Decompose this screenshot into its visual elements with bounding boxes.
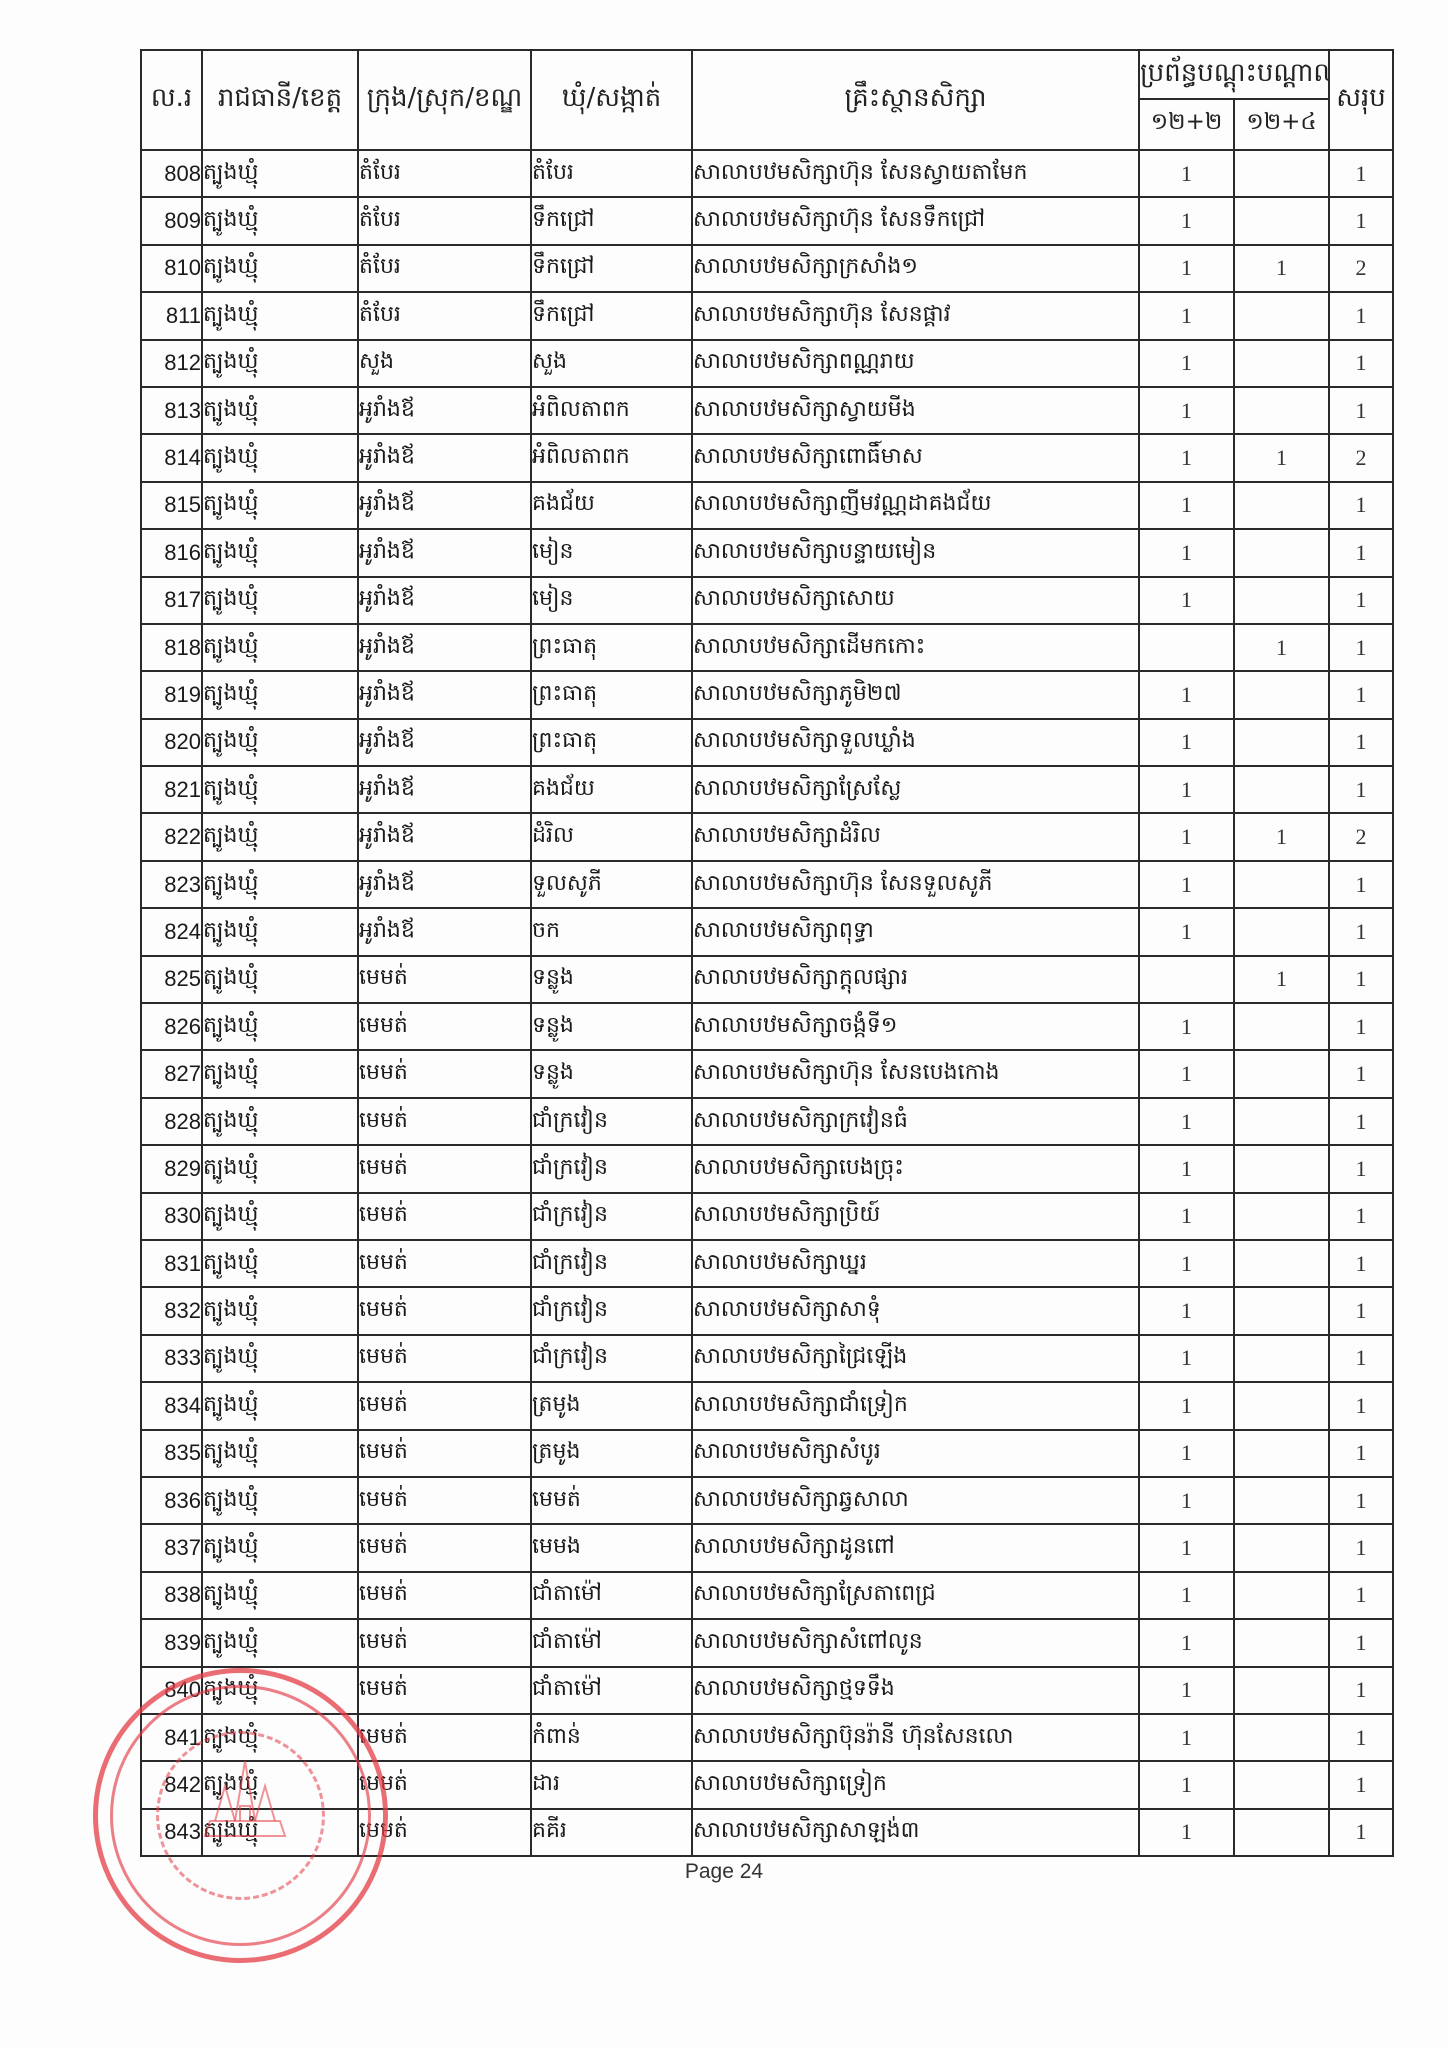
- table-row: 820 ត្បូងឃ្មុំ អូរាំងឪ ព្រះធាតុ សាលាបឋមស…: [141, 719, 1393, 766]
- table-row: 843 ត្បូងឃ្មុំ មេមត់ គគីរ សាលាបឋមសិក្សាស…: [141, 1809, 1393, 1856]
- province-cell: ត្បូងឃ្មុំ: [202, 1761, 358, 1808]
- table-row: 825 ត្បូងឃ្មុំ មេមត់ ទន្លូង សាលាបឋមសិក្ស…: [141, 956, 1393, 1003]
- school-name-cell: សាលាបឋមសិក្សាសាទុំ: [692, 1287, 1139, 1334]
- system-12-2-cell: 1: [1139, 1382, 1234, 1429]
- school-name-cell: សាលាបឋមសិក្សាចង្កំទី១: [692, 1003, 1139, 1050]
- school-name-cell: សាលាបឋមសិក្សាសំពៅលូន: [692, 1619, 1139, 1666]
- province-cell: ត្បូងឃ្មុំ: [202, 766, 358, 813]
- system-12-4-cell: 1: [1234, 813, 1329, 860]
- system-12-2-cell: 1: [1139, 1619, 1234, 1666]
- system-12-4-cell: [1234, 1240, 1329, 1287]
- school-name-cell: សាលាបឋមសិក្សាជាំទ្រៀក: [692, 1382, 1139, 1429]
- commune-cell: ជាំតាម៉ៅ: [531, 1572, 692, 1619]
- commune-cell: មៀន: [531, 529, 692, 576]
- total-cell: 1: [1329, 1145, 1393, 1192]
- system-12-2-cell: 1: [1139, 292, 1234, 339]
- commune-cell: ទួលសូភី: [531, 861, 692, 908]
- system-12-2-cell: 1: [1139, 1572, 1234, 1619]
- district-cell: មេមត់: [358, 1430, 531, 1477]
- district-cell: មេមត់: [358, 1003, 531, 1050]
- system-12-4-cell: [1234, 340, 1329, 387]
- district-cell: មេមត់: [358, 1050, 531, 1097]
- total-cell: 1: [1329, 624, 1393, 671]
- school-name-cell: សាលាបឋមសិក្សាពណ្ណរាយ: [692, 340, 1139, 387]
- district-cell: អូរាំងឪ: [358, 766, 531, 813]
- system-12-2-cell: 1: [1139, 671, 1234, 718]
- total-cell: 1: [1329, 766, 1393, 813]
- district-cell: មេមត់: [358, 1524, 531, 1571]
- system-12-2-cell: 1: [1139, 1003, 1234, 1050]
- system-12-4-cell: 1: [1234, 956, 1329, 1003]
- total-cell: 1: [1329, 340, 1393, 387]
- province-cell: ត្បូងឃ្មុំ: [202, 1667, 358, 1714]
- system-12-2-cell: 1: [1139, 1240, 1234, 1287]
- table-row: 816 ត្បូងឃ្មុំ អូរាំងឪ មៀន សាលាបឋមសិក្សា…: [141, 529, 1393, 576]
- row-number: 819: [141, 671, 202, 718]
- table-row: 839 ត្បូងឃ្មុំ មេមត់ ជាំតាម៉ៅ សាលាបឋមសិក…: [141, 1619, 1393, 1666]
- system-12-4-cell: [1234, 1335, 1329, 1382]
- system-12-2-cell: 1: [1139, 766, 1234, 813]
- table-row: 808 ត្បូងឃ្មុំ តំបែរ តំបែរ សាលាបឋមសិក្សា…: [141, 150, 1393, 197]
- system-12-4-cell: [1234, 529, 1329, 576]
- row-number: 824: [141, 908, 202, 955]
- province-cell: ត្បូងឃ្មុំ: [202, 1193, 358, 1240]
- table-row: 831 ត្បូងឃ្មុំ មេមត់ ជាំក្រវៀន សាលាបឋមសិ…: [141, 1240, 1393, 1287]
- table-row: 821 ត្បូងឃ្មុំ អូរាំងឪ គងជ័យ សាលាបឋមសិក្…: [141, 766, 1393, 813]
- system-12-2-cell: 1: [1139, 908, 1234, 955]
- total-cell: 2: [1329, 813, 1393, 860]
- district-cell: អូរាំងឪ: [358, 434, 531, 481]
- commune-cell: ព្រះធាតុ: [531, 719, 692, 766]
- system-12-2-cell: 1: [1139, 245, 1234, 292]
- school-name-cell: សាលាបឋមសិក្សាហ៊ុន សែនបេងកោង: [692, 1050, 1139, 1097]
- system-12-4-cell: 1: [1234, 434, 1329, 481]
- school-name-cell: សាលាបឋមសិក្សាហ៊ុន សែនស្វាយតាមែក: [692, 150, 1139, 197]
- system-12-4-cell: [1234, 1382, 1329, 1429]
- school-name-cell: សាលាបឋមសិក្សាបន្ទាយមៀន: [692, 529, 1139, 576]
- district-cell: មេមត់: [358, 1240, 531, 1287]
- table-row: 819 ត្បូងឃ្មុំ អូរាំងឪ ព្រះធាតុ សាលាបឋមស…: [141, 671, 1393, 718]
- school-name-cell: សាលាបឋមសិក្សាស្វាយមីង: [692, 387, 1139, 434]
- commune-cell: ទន្លូង: [531, 1003, 692, 1050]
- system-12-2-cell: 1: [1139, 1098, 1234, 1145]
- total-cell: 1: [1329, 1667, 1393, 1714]
- system-12-2-cell: 1: [1139, 434, 1234, 481]
- province-cell: ត្បូងឃ្មុំ: [202, 861, 358, 908]
- system-12-2-cell: 1: [1139, 1335, 1234, 1382]
- province-cell: ត្បូងឃ្មុំ: [202, 1003, 358, 1050]
- district-cell: មេមត់: [358, 1619, 531, 1666]
- school-name-cell: សាលាបឋមសិក្សាភូមិ២៧: [692, 671, 1139, 718]
- row-number: 838: [141, 1572, 202, 1619]
- commune-cell: ទន្លូង: [531, 956, 692, 1003]
- school-name-cell: សាលាបឋមសិក្សាក្រវៀនធំ: [692, 1098, 1139, 1145]
- system-12-4-cell: [1234, 1572, 1329, 1619]
- province-cell: ត្បូងឃ្មុំ: [202, 719, 358, 766]
- district-cell: មេមត់: [358, 1761, 531, 1808]
- total-cell: 1: [1329, 1050, 1393, 1097]
- system-12-2-cell: 1: [1139, 1145, 1234, 1192]
- district-cell: មេមត់: [358, 1335, 531, 1382]
- table-row: 811 ត្បូងឃ្មុំ តំបែរ ទឹកជ្រៅ សាលាបឋមសិក្…: [141, 292, 1393, 339]
- province-cell: ត្បូងឃ្មុំ: [202, 671, 358, 718]
- school-name-cell: សាលាបឋមសិក្សាទួលឃ្លាំង: [692, 719, 1139, 766]
- table-row: 815 ត្បូងឃ្មុំ អូរាំងឪ គងជ័យ សាលាបឋមសិក្…: [141, 482, 1393, 529]
- district-cell: អូរាំងឪ: [358, 813, 531, 860]
- table-row: 840 ត្បូងឃ្មុំ មេមត់ ជាំតាម៉ៅ សាលាបឋមសិក…: [141, 1667, 1393, 1714]
- row-number: 829: [141, 1145, 202, 1192]
- system-12-4-cell: [1234, 1430, 1329, 1477]
- commune-cell: អំពិលតាពក: [531, 387, 692, 434]
- district-cell: តំបែរ: [358, 150, 531, 197]
- system-12-4-cell: [1234, 1761, 1329, 1808]
- school-name-cell: សាលាបឋមសិក្សាទ្រៀក: [692, 1761, 1139, 1808]
- commune-cell: មេមត់: [531, 1477, 692, 1524]
- row-number: 812: [141, 340, 202, 387]
- total-cell: 1: [1329, 529, 1393, 576]
- total-cell: 1: [1329, 1003, 1393, 1050]
- district-cell: មេមត់: [358, 1572, 531, 1619]
- commune-cell: គគីរ: [531, 1809, 692, 1856]
- province-cell: ត្បូងឃ្មុំ: [202, 387, 358, 434]
- header-no: ល.រ: [141, 50, 202, 150]
- system-12-4-cell: [1234, 482, 1329, 529]
- commune-cell: គងជ័យ: [531, 482, 692, 529]
- school-name-cell: សាលាបឋមសិក្សាឃ្នរ: [692, 1240, 1139, 1287]
- district-cell: អូរាំងឪ: [358, 908, 531, 955]
- total-cell: 1: [1329, 1619, 1393, 1666]
- district-cell: អូរាំងឪ: [358, 387, 531, 434]
- commune-cell: ទន្លូង: [531, 1050, 692, 1097]
- school-name-cell: សាលាបឋមសិក្សាឆ្វសាលា: [692, 1477, 1139, 1524]
- commune-cell: ព្រះធាតុ: [531, 624, 692, 671]
- total-cell: 1: [1329, 577, 1393, 624]
- province-cell: ត្បូងឃ្មុំ: [202, 482, 358, 529]
- province-cell: ត្បូងឃ្មុំ: [202, 1714, 358, 1761]
- commune-cell: មៀន: [531, 577, 692, 624]
- table-row: 836 ត្បូងឃ្មុំ មេមត់ មេមត់ សាលាបឋមសិក្សា…: [141, 1477, 1393, 1524]
- district-cell: មេមត់: [358, 1287, 531, 1334]
- total-cell: 1: [1329, 1572, 1393, 1619]
- province-cell: ត្បូងឃ្មុំ: [202, 197, 358, 244]
- commune-cell: មេមង: [531, 1524, 692, 1571]
- system-12-4-cell: [1234, 1714, 1329, 1761]
- system-12-4-cell: [1234, 1145, 1329, 1192]
- commune-cell: ត្រមូង: [531, 1430, 692, 1477]
- commune-cell: ទឹកជ្រៅ: [531, 292, 692, 339]
- commune-cell: ត្រមូង: [531, 1382, 692, 1429]
- system-12-4-cell: 1: [1234, 245, 1329, 292]
- system-12-4-cell: [1234, 577, 1329, 624]
- row-number: 808: [141, 150, 202, 197]
- table-row: 810 ត្បូងឃ្មុំ តំបែរ ទឹកជ្រៅ សាលាបឋមសិក្…: [141, 245, 1393, 292]
- row-number: 839: [141, 1619, 202, 1666]
- district-cell: មេមត់: [358, 1098, 531, 1145]
- system-12-2-cell: 1: [1139, 1430, 1234, 1477]
- row-number: 822: [141, 813, 202, 860]
- district-cell: តំបែរ: [358, 245, 531, 292]
- total-cell: 1: [1329, 197, 1393, 244]
- total-cell: 1: [1329, 861, 1393, 908]
- school-name-cell: សាលាបឋមសិក្សាក្រសាំង១: [692, 245, 1139, 292]
- total-cell: 1: [1329, 150, 1393, 197]
- system-12-2-cell: 1: [1139, 387, 1234, 434]
- table-row: 813 ត្បូងឃ្មុំ អូរាំងឪ អំពិលតាពក សាលាបឋម…: [141, 387, 1393, 434]
- district-cell: សួង: [358, 340, 531, 387]
- system-12-4-cell: [1234, 292, 1329, 339]
- school-name-cell: សាលាបឋមសិក្សាហ៊ុន សែនទួលសូភី: [692, 861, 1139, 908]
- total-cell: 1: [1329, 1240, 1393, 1287]
- row-number: 826: [141, 1003, 202, 1050]
- school-name-cell: សាលាបឋមសិក្សាដើមកកោះ: [692, 624, 1139, 671]
- system-12-4-cell: [1234, 1050, 1329, 1097]
- commune-cell: ជាំក្រវៀន: [531, 1145, 692, 1192]
- table-row: 830 ត្បូងឃ្មុំ មេមត់ ជាំក្រវៀន សាលាបឋមសិ…: [141, 1193, 1393, 1240]
- system-12-2-cell: [1139, 956, 1234, 1003]
- row-number: 823: [141, 861, 202, 908]
- district-cell: មេមត់: [358, 1714, 531, 1761]
- row-number: 820: [141, 719, 202, 766]
- province-cell: ត្បូងឃ្មុំ: [202, 292, 358, 339]
- commune-cell: កំពាន់: [531, 1714, 692, 1761]
- total-cell: 1: [1329, 1430, 1393, 1477]
- system-12-4-cell: [1234, 1667, 1329, 1714]
- row-number: 810: [141, 245, 202, 292]
- commune-cell: ជាំក្រវៀន: [531, 1193, 692, 1240]
- total-cell: 1: [1329, 482, 1393, 529]
- system-12-4-cell: [1234, 671, 1329, 718]
- school-name-cell: សាលាបឋមសិក្សាសោយ: [692, 577, 1139, 624]
- system-12-2-cell: 1: [1139, 482, 1234, 529]
- table-row: 842 ត្បូងឃ្មុំ មេមត់ ដារ សាលាបឋមសិក្សាទ្…: [141, 1761, 1393, 1808]
- system-12-4-cell: [1234, 197, 1329, 244]
- table-row: 817 ត្បូងឃ្មុំ អូរាំងឪ មៀន សាលាបឋមសិក្សា…: [141, 577, 1393, 624]
- province-cell: ត្បូងឃ្មុំ: [202, 1572, 358, 1619]
- system-12-4-cell: [1234, 150, 1329, 197]
- header-school: គ្រឹះស្ថានសិក្សា: [692, 50, 1139, 150]
- header-commune: ឃុំ/សង្កាត់: [531, 50, 692, 150]
- row-number: 841: [141, 1714, 202, 1761]
- province-cell: ត្បូងឃ្មុំ: [202, 1050, 358, 1097]
- district-cell: អូរាំងឪ: [358, 719, 531, 766]
- header-total: សរុប: [1329, 50, 1393, 150]
- school-name-cell: សាលាបឋមសិក្សាដំរិល: [692, 813, 1139, 860]
- commune-cell: ជាំក្រវៀន: [531, 1335, 692, 1382]
- school-name-cell: សាលាបឋមសិក្សាដូនពៅ: [692, 1524, 1139, 1571]
- school-name-cell: សាលាបឋមសិក្សាញីមវណ្ណដាគងជ័យ: [692, 482, 1139, 529]
- table-row: 826 ត្បូងឃ្មុំ មេមត់ ទន្លូង សាលាបឋមសិក្ស…: [141, 1003, 1393, 1050]
- system-12-4-cell: [1234, 1619, 1329, 1666]
- district-cell: មេមត់: [358, 1382, 531, 1429]
- row-number: 825: [141, 956, 202, 1003]
- system-12-4-cell: 1: [1234, 624, 1329, 671]
- table-row: 818 ត្បូងឃ្មុំ អូរាំងឪ ព្រះធាតុ សាលាបឋមស…: [141, 624, 1393, 671]
- school-name-cell: សាលាបឋមសិក្សាក្តុលផ្សារ: [692, 956, 1139, 1003]
- province-cell: ត្បូងឃ្មុំ: [202, 1098, 358, 1145]
- district-cell: មេមត់: [358, 956, 531, 1003]
- school-name-cell: សាលាបឋមសិក្សាប្រិយ៍: [692, 1193, 1139, 1240]
- commune-cell: ទឹកជ្រៅ: [531, 245, 692, 292]
- system-12-2-cell: 1: [1139, 1524, 1234, 1571]
- row-number: 811: [141, 292, 202, 339]
- school-name-cell: សាលាបឋមសិក្សាប៊ុនរ៉ានី ហ៊ុនសែនលោ: [692, 1714, 1139, 1761]
- school-name-cell: សាលាបឋមសិក្សាពោធិ៍មាស: [692, 434, 1139, 481]
- system-12-2-cell: 1: [1139, 1477, 1234, 1524]
- school-name-cell: សាលាបឋមសិក្សាហ៊ុន សែនផ្គាវ: [692, 292, 1139, 339]
- commune-cell: អំពិលតាពក: [531, 434, 692, 481]
- document-page: ល.រ រាជធានី/ខេត្ត ក្រុង/ស្រុក/ខណ្ឌ ឃុំ/ស…: [0, 0, 1448, 2048]
- total-cell: 1: [1329, 719, 1393, 766]
- commune-cell: ជាំតាម៉ៅ: [531, 1667, 692, 1714]
- table-row: 829 ត្បូងឃ្មុំ មេមត់ ជាំក្រវៀន សាលាបឋមសិ…: [141, 1145, 1393, 1192]
- table-row: 832 ត្បូងឃ្មុំ មេមត់ ជាំក្រវៀន សាលាបឋមសិ…: [141, 1287, 1393, 1334]
- total-cell: 1: [1329, 1335, 1393, 1382]
- district-cell: មេមត់: [358, 1809, 531, 1856]
- school-name-cell: សាលាបឋមសិក្សាស្រែតាពេជ្រ: [692, 1572, 1139, 1619]
- system-12-2-cell: 1: [1139, 719, 1234, 766]
- system-12-4-cell: [1234, 1477, 1329, 1524]
- system-12-4-cell: [1234, 766, 1329, 813]
- province-cell: ត្បូងឃ្មុំ: [202, 150, 358, 197]
- row-number: 814: [141, 434, 202, 481]
- row-number: 832: [141, 1287, 202, 1334]
- district-cell: អូរាំងឪ: [358, 529, 531, 576]
- system-12-2-cell: 1: [1139, 340, 1234, 387]
- province-cell: ត្បូងឃ្មុំ: [202, 1809, 358, 1856]
- total-cell: 1: [1329, 1477, 1393, 1524]
- system-12-4-cell: [1234, 908, 1329, 955]
- header-district: ក្រុង/ស្រុក/ខណ្ឌ: [358, 50, 531, 150]
- province-cell: ត្បូងឃ្មុំ: [202, 624, 358, 671]
- system-12-2-cell: 1: [1139, 577, 1234, 624]
- commune-cell: ដំរិល: [531, 813, 692, 860]
- system-12-4-cell: [1234, 1193, 1329, 1240]
- district-cell: មេមត់: [358, 1145, 531, 1192]
- district-cell: មេមត់: [358, 1667, 531, 1714]
- commune-cell: តំបែរ: [531, 150, 692, 197]
- system-12-2-cell: 1: [1139, 1050, 1234, 1097]
- table-row: 837 ត្បូងឃ្មុំ មេមត់ មេមង សាលាបឋមសិក្សាដ…: [141, 1524, 1393, 1571]
- district-cell: អូរាំងឪ: [358, 671, 531, 718]
- province-cell: ត្បូងឃ្មុំ: [202, 1287, 358, 1334]
- table-row: 838 ត្បូងឃ្មុំ មេមត់ ជាំតាម៉ៅ សាលាបឋមសិក…: [141, 1572, 1393, 1619]
- school-name-cell: សាលាបឋមសិក្សាពុទ្ធា: [692, 908, 1139, 955]
- commune-cell: ជាំតាម៉ៅ: [531, 1619, 692, 1666]
- system-12-4-cell: [1234, 387, 1329, 434]
- total-cell: 1: [1329, 1524, 1393, 1571]
- row-number: 809: [141, 197, 202, 244]
- total-cell: 1: [1329, 1382, 1393, 1429]
- school-name-cell: សាលាបឋមសិក្សាថ្មទទឹង: [692, 1667, 1139, 1714]
- row-number: 815: [141, 482, 202, 529]
- district-cell: អូរាំងឪ: [358, 577, 531, 624]
- province-cell: ត្បូងឃ្មុំ: [202, 434, 358, 481]
- system-12-4-cell: [1234, 861, 1329, 908]
- school-name-cell: សាលាបឋមសិក្សាជ្រៃឡើង: [692, 1335, 1139, 1382]
- commune-cell: គងជ័យ: [531, 766, 692, 813]
- system-12-4-cell: [1234, 719, 1329, 766]
- row-number: 817: [141, 577, 202, 624]
- table-row: 841 ត្បូងឃ្មុំ មេមត់ កំពាន់ សាលាបឋមសិក្ស…: [141, 1714, 1393, 1761]
- system-12-2-cell: 1: [1139, 1809, 1234, 1856]
- header-training-system: ប្រព័ន្ធបណ្តុះបណ្តាល: [1139, 50, 1329, 99]
- row-number: 835: [141, 1430, 202, 1477]
- system-12-2-cell: 1: [1139, 150, 1234, 197]
- row-number: 828: [141, 1098, 202, 1145]
- page-number: Page 24: [0, 1860, 1448, 1884]
- province-cell: ត្បូងឃ្មុំ: [202, 813, 358, 860]
- row-number: 833: [141, 1335, 202, 1382]
- total-cell: 1: [1329, 387, 1393, 434]
- district-cell: តំបែរ: [358, 292, 531, 339]
- province-cell: ត្បូងឃ្មុំ: [202, 908, 358, 955]
- total-cell: 1: [1329, 292, 1393, 339]
- total-cell: 1: [1329, 1714, 1393, 1761]
- system-12-4-cell: [1234, 1003, 1329, 1050]
- school-name-cell: សាលាបឋមសិក្សាសំបូរ: [692, 1430, 1139, 1477]
- system-12-4-cell: [1234, 1524, 1329, 1571]
- system-12-2-cell: 1: [1139, 1761, 1234, 1808]
- province-cell: ត្បូងឃ្មុំ: [202, 956, 358, 1003]
- province-cell: ត្បូងឃ្មុំ: [202, 529, 358, 576]
- total-cell: 1: [1329, 1761, 1393, 1808]
- province-cell: ត្បូងឃ្មុំ: [202, 1240, 358, 1287]
- table-row: 822 ត្បូងឃ្មុំ អូរាំងឪ ដំរិល សាលាបឋមសិក្…: [141, 813, 1393, 860]
- row-number: 813: [141, 387, 202, 434]
- total-cell: 1: [1329, 1287, 1393, 1334]
- header-system-12-2: ១២+២: [1139, 99, 1234, 150]
- system-12-2-cell: 1: [1139, 1667, 1234, 1714]
- system-12-2-cell: 1: [1139, 1287, 1234, 1334]
- school-name-cell: សាលាបឋមសិក្សាសាឡង់៣: [692, 1809, 1139, 1856]
- row-number: 831: [141, 1240, 202, 1287]
- table-row: 809 ត្បូងឃ្មុំ តំបែរ ទឹកជ្រៅ សាលាបឋមសិក្…: [141, 197, 1393, 244]
- table-row: 814 ត្បូងឃ្មុំ អូរាំងឪ អំពិលតាពក សាលាបឋម…: [141, 434, 1393, 481]
- table-row: 812 ត្បូងឃ្មុំ សួង សួង សាលាបឋមសិក្សាពណ្ណ…: [141, 340, 1393, 387]
- district-cell: មេមត់: [358, 1193, 531, 1240]
- province-cell: ត្បូងឃ្មុំ: [202, 1335, 358, 1382]
- table-header: ល.រ រាជធានី/ខេត្ត ក្រុង/ស្រុក/ខណ្ឌ ឃុំ/ស…: [141, 50, 1393, 150]
- province-cell: ត្បូងឃ្មុំ: [202, 1382, 358, 1429]
- system-12-4-cell: [1234, 1098, 1329, 1145]
- province-cell: ត្បូងឃ្មុំ: [202, 1477, 358, 1524]
- province-cell: ត្បូងឃ្មុំ: [202, 340, 358, 387]
- province-cell: ត្បូងឃ្មុំ: [202, 577, 358, 624]
- table-row: 827 ត្បូងឃ្មុំ មេមត់ ទន្លូង សាលាបឋមសិក្ស…: [141, 1050, 1393, 1097]
- system-12-2-cell: 1: [1139, 1714, 1234, 1761]
- commune-cell: ជាំក្រវៀន: [531, 1287, 692, 1334]
- table-row: 833 ត្បូងឃ្មុំ មេមត់ ជាំក្រវៀន សាលាបឋមសិ…: [141, 1335, 1393, 1382]
- row-number: 836: [141, 1477, 202, 1524]
- row-number: 840: [141, 1667, 202, 1714]
- province-cell: ត្បូងឃ្មុំ: [202, 1430, 358, 1477]
- school-name-cell: សាលាបឋមសិក្សាបេងច្រុះ: [692, 1145, 1139, 1192]
- province-cell: ត្បូងឃ្មុំ: [202, 245, 358, 292]
- total-cell: 1: [1329, 1809, 1393, 1856]
- table-row: 824 ត្បូងឃ្មុំ អូរាំងឪ ចក សាលាបឋមសិក្សាព…: [141, 908, 1393, 955]
- total-cell: 2: [1329, 434, 1393, 481]
- table-row: 823 ត្បូងឃ្មុំ អូរាំងឪ ទួលសូភី សាលាបឋមសិ…: [141, 861, 1393, 908]
- table-row: 834 ត្បូងឃ្មុំ មេមត់ ត្រមូង សាលាបឋមសិក្ស…: [141, 1382, 1393, 1429]
- district-cell: តំបែរ: [358, 197, 531, 244]
- system-12-2-cell: 1: [1139, 1193, 1234, 1240]
- system-12-2-cell: [1139, 624, 1234, 671]
- system-12-4-cell: [1234, 1287, 1329, 1334]
- schools-table: ល.រ រាជធានី/ខេត្ត ក្រុង/ស្រុក/ខណ្ឌ ឃុំ/ស…: [140, 49, 1394, 1857]
- row-number: 834: [141, 1382, 202, 1429]
- system-12-4-cell: [1234, 1809, 1329, 1856]
- row-number: 818: [141, 624, 202, 671]
